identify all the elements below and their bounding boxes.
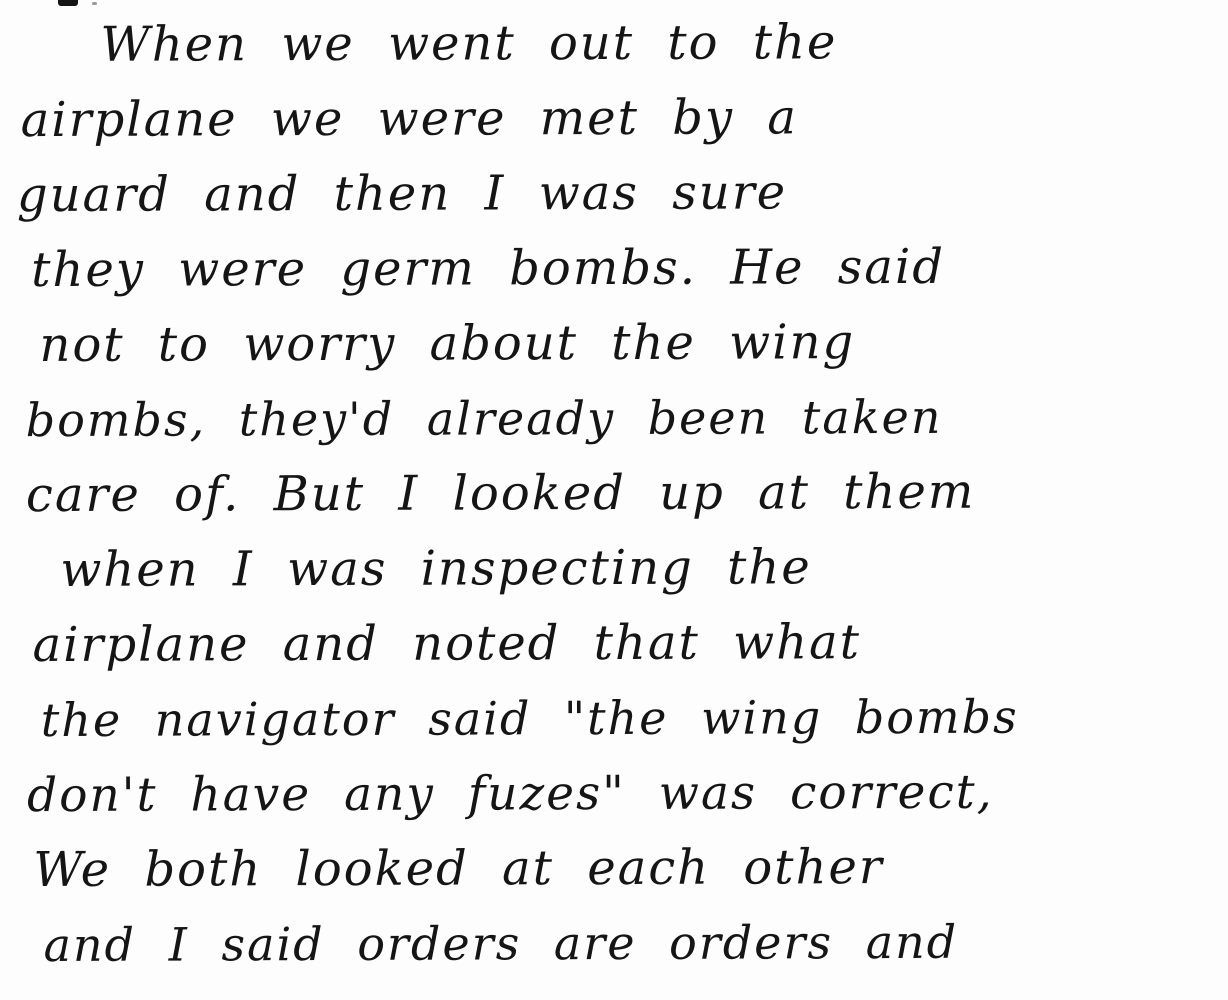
handwritten-line-5: not to worry about the wing (39, 304, 1221, 383)
handwritten-text-block: When we went out to the airplane we were… (12, 4, 1223, 983)
cropped-previous-line-stroke-artifact (58, 0, 78, 6)
handwritten-line-9: airplane and noted that what (32, 604, 1222, 683)
handwritten-line-6: bombs, they'd already been taken (26, 379, 1222, 458)
handwritten-line-11: don't have any fuzes" was correct, (27, 754, 1223, 833)
handwritten-line-8: when I was inspecting the (60, 529, 1222, 608)
scan-speck-artifact (92, 2, 97, 5)
handwritten-line-7: care of. But I looked up at them (26, 454, 1222, 533)
handwritten-line-13: and I said orders are orders and (43, 904, 1223, 983)
handwritten-line-4: they were germ bombs. He said (31, 229, 1221, 308)
handwritten-line-12: We both looked at each other (33, 829, 1223, 908)
handwritten-line-2: airplane we were met by a (21, 79, 1221, 158)
handwritten-line-10: the navigator said "the wing bombs (41, 679, 1223, 758)
handwritten-line-3: guard and then I was sure (17, 154, 1221, 233)
handwritten-line-1: When we went out to the (100, 4, 1220, 83)
manuscript-page: When we went out to the airplane we were… (0, 0, 1228, 1000)
